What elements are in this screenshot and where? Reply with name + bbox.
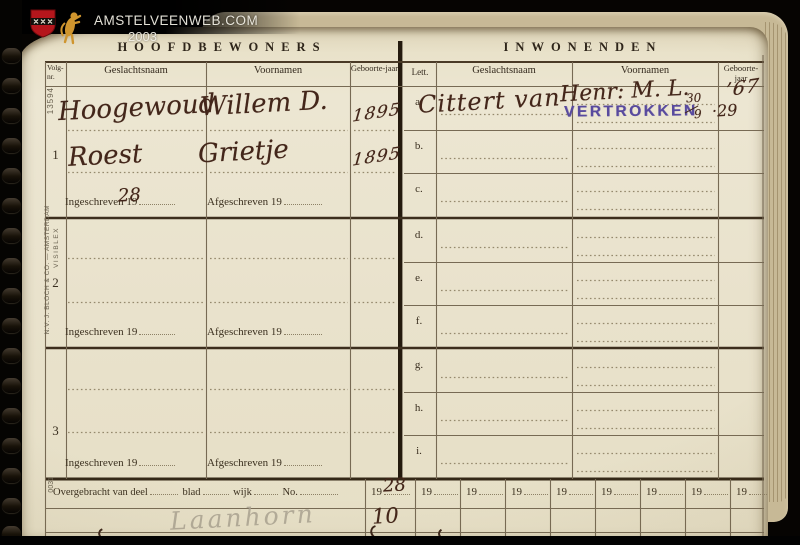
year-cell: 19 xyxy=(691,485,730,498)
column-header-lett: Lett. xyxy=(404,67,436,77)
departure-date-year: ·29 xyxy=(712,100,738,120)
lett-b: b. xyxy=(404,140,434,152)
entry-surname: Roest xyxy=(67,139,143,173)
lett-i: i. xyxy=(404,445,434,457)
amstelveen-crest-and-lion-icon xyxy=(30,9,86,45)
binding-ring xyxy=(2,108,21,123)
photo-edge xyxy=(0,536,800,545)
departure-date-day: 30 xyxy=(686,91,702,106)
lett-g: g. xyxy=(404,359,434,371)
binding-ring xyxy=(2,468,21,483)
binding-strip xyxy=(0,0,22,545)
ingeschreven-label: Ingeschreven 19 xyxy=(65,325,177,338)
form-serial-number: 13594 xyxy=(46,87,55,114)
year-cell: 19 xyxy=(601,485,640,498)
entry-firstnames: Grietje xyxy=(197,135,289,170)
volgnr-1: 1 xyxy=(45,147,66,163)
binding-ring xyxy=(2,228,21,243)
lett-f: f. xyxy=(404,315,434,327)
printer-name: N.V. J. BLOCH & CO. — AMSTERDAM xyxy=(44,205,51,334)
column-header-voornamen-right: Voornamen xyxy=(572,65,718,76)
column-header-voornamen-left: Voornamen xyxy=(206,65,350,76)
watermark-year-text: 2003 xyxy=(128,29,157,44)
printer-brand: VISIBLEX xyxy=(53,227,60,268)
year-cell: 19 xyxy=(421,485,460,498)
volgnr-2: 2 xyxy=(45,275,66,291)
register-page: 13594 VISIBLEX N.V. J. BLOCH & CO. — AMS… xyxy=(20,27,768,537)
afgeschreven-label: Afgeschreven 19 xyxy=(207,195,324,208)
binding-ring xyxy=(2,498,21,513)
section-title-inwonenden: INWONENDEN xyxy=(404,40,762,55)
year-cell: 19 xyxy=(736,485,768,498)
column-header-geslachtsnaam-left: Geslachtsnaam xyxy=(66,65,206,76)
binding-ring xyxy=(2,408,21,423)
afgeschreven-label: Afgeschreven 19 xyxy=(207,325,324,338)
binding-ring xyxy=(2,378,21,393)
column-header-geslachtsnaam-right: Geslachtsnaam xyxy=(436,65,572,76)
binding-ring xyxy=(2,168,21,183)
year-cell: 19 xyxy=(511,485,550,498)
column-header-geboortejaar-left: Geboorte-jaar xyxy=(350,64,399,74)
volgnr-3: 3 xyxy=(45,423,66,439)
binding-ring xyxy=(2,138,21,153)
lett-e: e. xyxy=(404,272,434,284)
lett-c: c. xyxy=(404,183,434,195)
ingeschreven-label: Ingeschreven 19 xyxy=(65,456,177,469)
lett-h: h. xyxy=(404,402,434,414)
binding-ring xyxy=(2,258,21,273)
overgebracht-line: Overgebracht van deel blad wijk No. xyxy=(53,485,340,498)
binding-ring xyxy=(2,438,21,453)
year-cell: 19 xyxy=(466,485,505,498)
binding-ring xyxy=(2,48,21,63)
watermark-logo: AMSTELVEENWEB.COM 2003 xyxy=(28,5,258,45)
afgeschreven-label: Afgeschreven 19 xyxy=(207,456,324,469)
watermark-site-text: AMSTELVEENWEB.COM xyxy=(94,13,258,28)
scanned-register-photo: 13594 VISIBLEX N.V. J. BLOCH & CO. — AMS… xyxy=(0,0,800,545)
year-cell: 19 xyxy=(556,485,595,498)
vertrokken-stamp: VERTROKKEN xyxy=(564,102,698,121)
departure-date-month: 9 xyxy=(694,107,702,121)
lett-d: d. xyxy=(404,229,434,241)
binding-ring xyxy=(2,288,21,303)
binding-ring xyxy=(2,348,21,363)
binding-ring xyxy=(2,198,21,213)
ingeschreven-year: 28 xyxy=(117,184,141,206)
binding-ring xyxy=(2,318,21,333)
year-cell-first-written: 28 xyxy=(382,474,406,496)
binding-ring xyxy=(2,78,21,93)
year-cell: 19 xyxy=(646,485,685,498)
